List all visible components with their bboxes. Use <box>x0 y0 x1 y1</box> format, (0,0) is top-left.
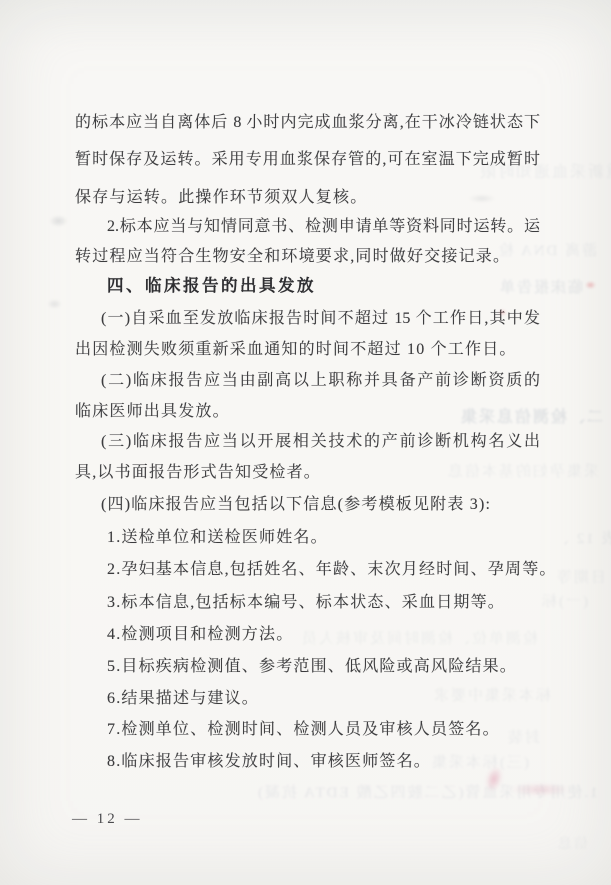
text-line: 2.孕妇基本信息,包括姓名、年龄、末次月经时间、孕周等。 <box>107 559 557 581</box>
text-line: 临床医师出具发放。 <box>75 401 230 423</box>
scan-smudge <box>585 281 596 289</box>
text-line: (三)临床报告应当以开展相关技术的产前诊断机构名义出 <box>101 431 540 453</box>
scan-smudge <box>468 194 496 203</box>
bleedthrough-text: (三)标本采集 <box>430 751 529 772</box>
text-line: 具,以书面报告形式告知受检者。 <box>75 462 321 484</box>
text-line: 2.标本应当与知情同意书、检测申请单等资料同时运转。运 <box>107 216 540 238</box>
text-line: 3.标本信息,包括标本编号、标本状态、采血日期等。 <box>107 592 505 614</box>
bleedthrough-text: 标本采集中要求 <box>432 684 551 705</box>
bleedthrough-text: 封装 <box>506 726 540 747</box>
bleedthrough-text: 检测单位、检测时间及审核人员 <box>300 627 538 648</box>
text-line: 4.检测项目和检测方法。 <box>107 624 293 646</box>
bleedthrough-text: 采集孕妇的基本信息 <box>446 460 599 481</box>
text-line: 5.目标疾病检测值、参考范围、低风险或高风险结果。 <box>107 656 517 678</box>
bleedthrough-text: 表 12 、 <box>552 527 611 548</box>
bleedthrough-text: 日期等 <box>555 566 606 587</box>
text-line: 的标本应当自离体后 8 小时内完成血浆分离,在干冰冷链状态下 <box>75 112 540 134</box>
text-line: (一)自采血至发放临床报告时间不超过 15 个工作日,其中发 <box>101 308 540 330</box>
section-heading: 四、临床报告的出具发放 <box>107 275 316 297</box>
scanned-document-page: 重新采血通知时限游离 DNA 检临床报告单二、检测信息采集采集孕妇的基本信息表 … <box>0 0 611 885</box>
bleedthrough-text: 1.使用专用采血管(乙二胺四乙酸 EDTA 抗凝) <box>256 781 598 802</box>
scan-smudge <box>49 215 68 227</box>
text-line: 出因检测失败须重新采血通知的时间不超过 10 个工作日。 <box>75 339 517 361</box>
text-line: 7.检测单位、检测时间、检测人员及审核人员签名。 <box>107 719 500 741</box>
text-line: 6.结果描述与建议。 <box>107 688 259 710</box>
bleedthrough-text: 二、检测信息采集 <box>459 404 603 427</box>
text-line: 转过程应当符合生物安全和环境要求,同时做好交接记录。 <box>75 246 510 268</box>
bleedthrough-text: 信息 <box>556 833 588 853</box>
text-line: (二)临床报告应当由副高以上职称并具备产前诊断资质的 <box>101 370 540 392</box>
bleedthrough-text: (一)标 <box>540 590 588 611</box>
bleedthrough-text: 游离 DNA 检 <box>497 239 597 260</box>
text-line: 暂时保存及运转。采用专用血浆保存管的,可在室温下完成暂时 <box>75 149 540 171</box>
scan-smudge <box>47 299 62 309</box>
text-line: (四)临床报告应当包括以下信息(参考模板见附表 3): <box>101 494 491 516</box>
text-line: 1.送检单位和送检医师姓名。 <box>107 527 328 549</box>
bleedthrough-text: 临床报告单 <box>498 276 583 297</box>
text-line: 保存与运转。此操作环节须双人复核。 <box>75 187 367 209</box>
text-line: 8.临床报告审核发放时间、审核医师签名。 <box>107 751 431 773</box>
page-number: — 12 — <box>72 811 143 828</box>
